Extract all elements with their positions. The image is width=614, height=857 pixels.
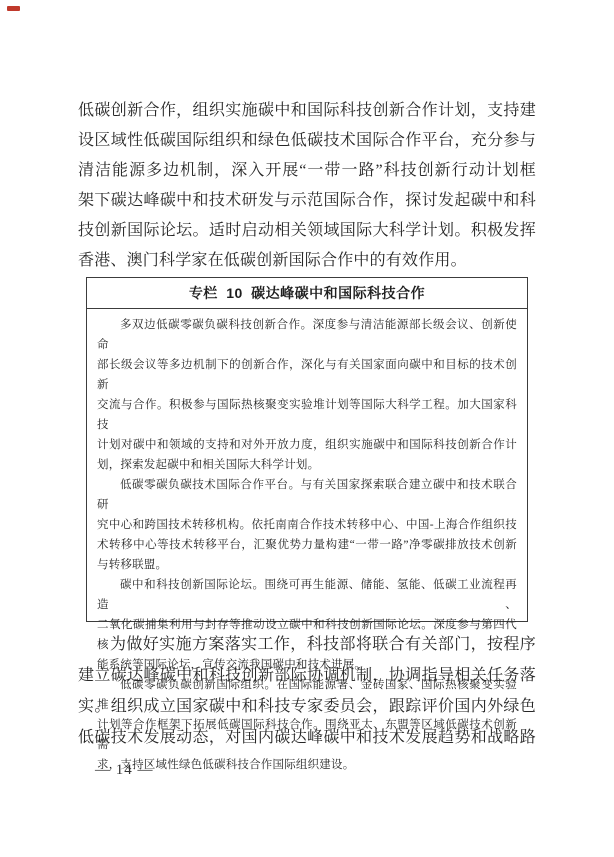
box-paragraph-2: 低碳零碳负碳技术国际合作平台。与有关国家探索联合建立碳中和技术联合研 究中心和跨… xyxy=(97,475,517,575)
intro-paragraph: 低碳创新合作，组织实施碳中和国际科技创新合作计划，支持建 设区域性低碳国际组织和… xyxy=(78,96,536,276)
page-number: — 14 — xyxy=(95,762,154,779)
box-paragraph-1: 多双边低碳零碳负碳科技创新合作。深度参与清洁能源部长级会议、创新使命 部长级会议… xyxy=(97,315,517,475)
text-line: 低碳技术发展动态，对国内碳达峰碳中和技术发展趋势和战略路 xyxy=(78,722,536,753)
box-text-line: 碳中和科技创新国际论坛。围绕可再生能源、储能、氢能、低碳工业流程再造、 xyxy=(97,575,517,615)
text-line: 技创新国际论坛。适时启动相关领域国际大科学计划。积极发挥 xyxy=(78,216,536,246)
box-text-line: 术转移中心等技术转移平台，汇聚优势力量构建“一带一路”净零碳排放技术创新 xyxy=(97,535,517,555)
text-line: 为做好实施方案落实工作，科技部将联合有关部门，按程序 xyxy=(78,629,536,660)
box-text-line: 低碳零碳负碳技术国际合作平台。与有关国家探索联合建立碳中和技术联合研 xyxy=(97,475,517,515)
box-text-line: 交流与合作。积极参与国际热核聚变实验堆计划等国际大科学工程。加大国家科技 xyxy=(97,395,517,435)
box-text-line: 多双边低碳零碳负碳科技创新合作。深度参与清洁能源部长级会议、创新使命 xyxy=(97,315,517,355)
document-page: 低碳创新合作，组织实施碳中和国际科技创新合作计划，支持建 设区域性低碳国际组织和… xyxy=(0,0,614,857)
text-line: 香港、澳门科学家在低碳创新国际合作中的有效作用。 xyxy=(78,246,536,276)
text-line: 清洁能源多边机制，深入开展“一带一路”科技创新行动计划框 xyxy=(78,156,536,186)
text-line: 设区域性低碳国际组织和绿色低碳技术国际合作平台，充分参与 xyxy=(78,126,536,156)
red-seal-mark xyxy=(7,6,20,11)
closing-paragraph: 为做好实施方案落实工作，科技部将联合有关部门，按程序 建立碳达峰碳中和科技创新部… xyxy=(78,629,536,753)
text-line: 低碳创新合作，组织实施碳中和国际科技创新合作计划，支持建 xyxy=(78,96,536,126)
text-line: 实。组织成立国家碳中和科技专家委员会，跟踪评价国内外绿色 xyxy=(78,691,536,722)
box-text-line: 求，支持区域性绿色低碳科技合作国际组织建设。 xyxy=(97,755,517,775)
text-line: 架下碳达峰碳中和技术研发与示范国际合作，探讨发起碳中和科 xyxy=(78,186,536,216)
box-text-line: 划，探索发起碳中和相关国际大科学计划。 xyxy=(97,455,517,475)
box-text-line: 与转移联盟。 xyxy=(97,555,517,575)
text-line: 建立碳达峰碳中和科技创新部际协调机制，协调指导相关任务落 xyxy=(78,660,536,691)
box-text-line: 究中心和跨国技术转移机构。依托南南合作技术转移中心、中国-上海合作组织技 xyxy=(97,515,517,535)
column-box-title: 专栏 10 碳达峰碳中和国际科技合作 xyxy=(87,278,527,309)
box-text-line: 计划对碳中和领域的支持和对外开放力度，组织实施碳中和国际科技创新合作计 xyxy=(97,435,517,455)
box-text-line: 部长级会议等多边机制下的创新合作，深化与有关国家面向碳中和目标的技术创新 xyxy=(97,355,517,395)
column-box-10: 专栏 10 碳达峰碳中和国际科技合作 多双边低碳零碳负碳科技创新合作。深度参与清… xyxy=(86,277,528,622)
